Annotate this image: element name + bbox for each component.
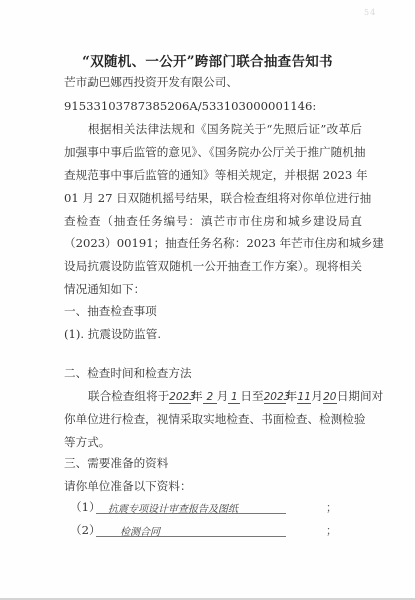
method-line: 你单位进行检查，视情采取实地检查、书面检查、检测检验 [64,412,362,426]
document-page: 54 “双随机、一公开”跨部门联合抽查告知书 芒市勐巴娜西投资开发有限公司、 9… [0,0,415,598]
day-label-to: 日至 [240,389,263,403]
date-suffix: 日期间对 [337,389,383,403]
material-item-value: 抗震专项设计审查报告及图纸 [108,500,238,515]
start-day-field: 1 [228,391,240,404]
paragraph-line: 查检查（抽查任务编号：滇芒市市住房和城乡建设局直 [64,214,362,228]
materials-intro: 请你单位准备以下资料： [64,479,192,493]
credit-code: 91533103787385206A/533103000001146: [64,99,316,113]
material-item-value: 检测合同 [120,523,160,538]
paragraph-line: 查规范事中事后监管的通知》等相关规定，并根据 2023 年 [64,168,362,182]
year-label: 年 [191,389,203,403]
material-item-end: ； [326,499,337,515]
document-title: “双随机、一公开”跨部门联合抽查告知书 [0,50,415,70]
paragraph-line: 情况通知如下： [64,282,145,296]
date-prefix: 联合检查组将于 [88,389,169,403]
end-year-field: 2023 [264,391,286,404]
start-year-field: 2023 [169,391,191,404]
section-heading-2: 二、检查时间和检查方法 [64,366,192,380]
material-item-end: ； [326,522,337,538]
month-label-2: 月 [311,389,323,403]
paragraph-line: 加强事中事后监管的意见》、《国务院办公厅关于推广随机抽 [64,145,362,159]
corner-mark: 54 [364,8,376,17]
start-month-field: 2 [203,391,217,404]
end-month-field: 11 [297,391,311,404]
end-day-field: 20 [323,391,337,404]
paragraph-line: 根据相关法律法规和《国务院关于“先照后证”改革后 [88,122,362,136]
paragraph-line: 设局抗震设防监管双随机一公开抽查工作方案）。现将相关 [64,259,362,273]
method-line: 等方式。 [64,435,110,449]
inspection-item: (1). 抗震设防监管. [64,327,161,341]
recipient-name: 芒市勐巴娜西投资开发有限公司、 [64,75,238,89]
paragraph-line: （2023）00191；抽查任务名称：2023 年芒市住房和城乡建 [64,236,362,250]
paragraph-line: 01 月 27 日双随机摇号结果，联合检查组将对你单位进行抽 [64,191,362,205]
inspection-date-line: 联合检查组将于2023年2月1日至2023年11月20日期间对 [88,389,383,404]
section-heading-3: 三、需要准备的资料 [64,456,168,470]
month-label: 月 [217,389,229,403]
year-label-2: 年 [286,389,298,403]
section-heading-1: 一、抽查检查事项 [64,304,157,318]
